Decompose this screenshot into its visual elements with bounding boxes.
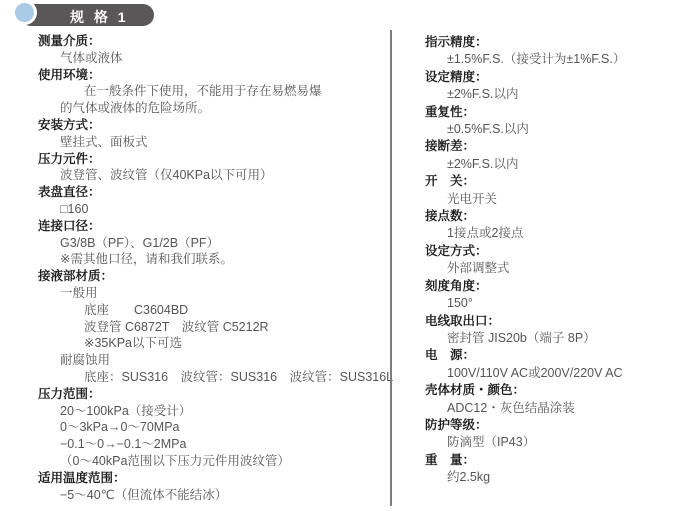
spec-label: 设定方式： — [425, 243, 696, 260]
spec-value: 1接点或2接点 — [425, 225, 696, 242]
spec-label: 指示精度： — [425, 34, 696, 51]
spec-label: 表盘直径： — [38, 184, 382, 201]
right-column: 指示精度：±1.5%F.S.（接受计为±1%F.S.）设定精度：±2%F.S.以… — [392, 30, 700, 511]
spec-label: 压力元件： — [38, 151, 382, 168]
spec-label: 开 关： — [425, 173, 696, 190]
spec-value: 150° — [425, 295, 696, 312]
spec-section: 表盘直径：□160 — [38, 184, 382, 218]
spec-label: 电 源： — [425, 347, 696, 364]
spec-section: 安装方式：壁挂式、面板式 — [38, 117, 382, 151]
spec-section: 刻度角度：150° — [425, 278, 696, 313]
spec-section: 壳体材质・颜色：ADC12・灰色结晶涂装 — [425, 382, 696, 417]
spec-label: 接断差： — [425, 138, 696, 155]
spec-section: 重 量：约2.5kg — [425, 452, 696, 487]
spec-value: ±2%F.S.以内 — [425, 156, 696, 173]
spec-value: 光电开关 — [425, 191, 696, 208]
spec-page: 规 格 1 测量介质：气体或液体使用环境：在一般条件下使用，不能用于存在易燃易爆… — [0, 0, 700, 511]
spec-value: 约2.5kg — [425, 469, 696, 486]
title-banner: 规 格 1 — [20, 4, 154, 26]
spec-label: 使用环境： — [38, 67, 382, 84]
page-title: 规 格 1 — [70, 7, 129, 27]
spec-value: ADC12・灰色结晶涂装 — [425, 400, 696, 417]
column-divider — [390, 30, 392, 506]
spec-section: 接液部材质：一般用底座 C3604BD波登管 C6872T 波纹管 C5212R… — [38, 268, 382, 386]
spec-section: 连接口径：G3/8B（PF）、G1/2B（PF）※需其他口径，请和我们联系。 — [38, 218, 382, 268]
spec-section: 压力范围：20～100kPa（接受计）0～3kPa→0～70MPa−0.1～0→… — [38, 386, 382, 470]
spec-value: 的气体或液体的危险场所。 — [38, 100, 382, 117]
spec-section: 接点数：1接点或2接点 — [425, 208, 696, 243]
spec-value: 波登管 C6872T 波纹管 C5212R — [38, 319, 382, 336]
spec-value: 耐腐蚀用 — [38, 352, 382, 369]
spec-value: 密封管 JIS20b（端子 8P） — [425, 330, 696, 347]
spec-value: （0～40kPa范围以下压力元件用波纹管） — [38, 453, 382, 470]
spec-label: 重 量： — [425, 452, 696, 469]
spec-section: 电 源：100V/110V AC或200V/220V AC — [425, 347, 696, 382]
spec-value: ※35KPa以下可选 — [38, 335, 382, 352]
spec-section: 指示精度：±1.5%F.S.（接受计为±1%F.S.） — [425, 34, 696, 69]
spec-section: 使用环境：在一般条件下使用，不能用于存在易燃易爆的气体或液体的危险场所。 — [38, 67, 382, 117]
spec-label: 连接口径： — [38, 218, 382, 235]
spec-value: ±1.5%F.S.（接受计为±1%F.S.） — [425, 51, 696, 68]
spec-value: 外部调整式 — [425, 260, 696, 277]
spec-columns: 测量介质：气体或液体使用环境：在一般条件下使用，不能用于存在易燃易爆的气体或液体… — [0, 30, 700, 511]
spec-value: 气体或液体 — [38, 50, 382, 67]
spec-section: 测量介质：气体或液体 — [38, 33, 382, 67]
spec-label: 电线取出口： — [425, 313, 696, 330]
spec-section: 适用温度范围：−5～40℃（但流体不能结冰） — [38, 470, 382, 504]
spec-section: 电线取出口：密封管 JIS20b（端子 8P） — [425, 313, 696, 348]
spec-label: 压力范围： — [38, 386, 382, 403]
spec-label: 安装方式： — [38, 117, 382, 134]
spec-value: 100V/110V AC或200V/220V AC — [425, 365, 696, 382]
spec-value: 壁挂式、面板式 — [38, 134, 382, 151]
spec-value: G3/8B（PF）、G1/2B（PF） — [38, 235, 382, 252]
left-column: 测量介质：气体或液体使用环境：在一般条件下使用，不能用于存在易燃易爆的气体或液体… — [0, 30, 390, 511]
spec-section: 设定方式：外部调整式 — [425, 243, 696, 278]
spec-value: ±2%F.S.以内 — [425, 86, 696, 103]
spec-value: 底座 C3604BD — [38, 302, 382, 319]
spec-label: 设定精度： — [425, 69, 696, 86]
spec-value: 底座：SUS316 波纹管：SUS316 波纹管：SUS316L — [38, 369, 382, 386]
spec-label: 壳体材质・颜色： — [425, 382, 696, 399]
spec-value: 波登管、波纹管（仅40KPa以下可用） — [38, 167, 382, 184]
spec-section: 重复性：±0.5%F.S.以内 — [425, 104, 696, 139]
spec-value: 防滴型（IP43） — [425, 434, 696, 451]
spec-label: 重复性： — [425, 104, 696, 121]
spec-section: 开 关：光电开关 — [425, 173, 696, 208]
spec-value: ±0.5%F.S.以内 — [425, 121, 696, 138]
spec-section: 接断差：±2%F.S.以内 — [425, 138, 696, 173]
spec-label: 测量介质： — [38, 33, 382, 50]
spec-section: 防护等级：防滴型（IP43） — [425, 417, 696, 452]
spec-value: 在一般条件下使用，不能用于存在易燃易爆 — [38, 83, 382, 100]
spec-label: 接点数： — [425, 208, 696, 225]
page-header: 规 格 1 — [0, 0, 700, 30]
spec-value: −5～40℃（但流体不能结冰） — [38, 487, 382, 504]
spec-label: 防护等级： — [425, 417, 696, 434]
spec-value: 0～3kPa→0～70MPa — [38, 419, 382, 436]
spec-value: 一般用 — [38, 285, 382, 302]
spec-value: □160 — [38, 201, 382, 218]
spec-section: 设定精度：±2%F.S.以内 — [425, 69, 696, 104]
spec-section: 压力元件：波登管、波纹管（仅40KPa以下可用） — [38, 151, 382, 185]
spec-value: −0.1～0→−0.1～2MPa — [38, 436, 382, 453]
bullet-circle-icon — [12, 0, 37, 25]
spec-label: 适用温度范围： — [38, 470, 382, 487]
spec-label: 刻度角度： — [425, 278, 696, 295]
spec-value: ※需其他口径，请和我们联系。 — [38, 251, 382, 268]
spec-value: 20～100kPa（接受计） — [38, 403, 382, 420]
spec-label: 接液部材质： — [38, 268, 382, 285]
